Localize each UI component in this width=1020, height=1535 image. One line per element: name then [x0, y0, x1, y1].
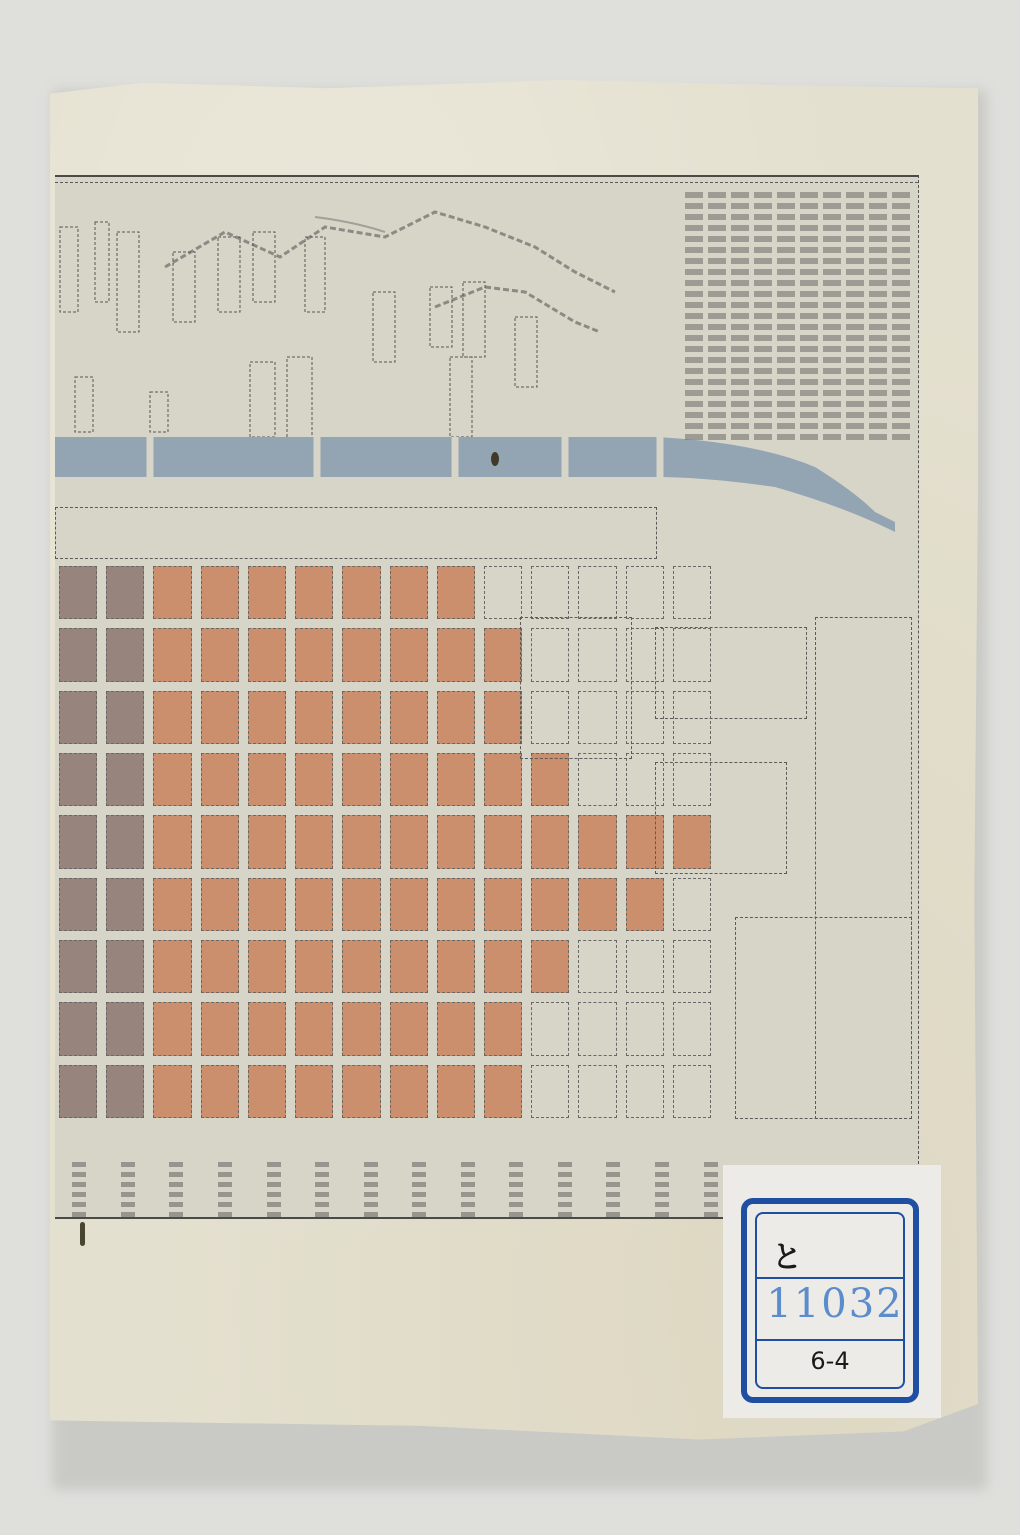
- palace-compound: [520, 617, 632, 759]
- descriptive-text-block: [655, 192, 910, 442]
- map-frame: [55, 175, 919, 1219]
- catalog-label: と 11032 6-4: [723, 1165, 941, 1418]
- estate-block: [655, 627, 807, 719]
- street-name-labels: [55, 1137, 735, 1217]
- label-catalog-number: 11032: [757, 1281, 913, 1327]
- southeast-blocks: [735, 917, 912, 1119]
- label-volume: 6-4: [757, 1347, 903, 1375]
- north-street-row: [55, 507, 657, 559]
- paper-stain: [80, 1222, 85, 1246]
- label-kana: と: [772, 1232, 802, 1276]
- shrine-label-boxes: [60, 222, 537, 437]
- nijo-compound: [655, 762, 787, 874]
- label-frame: と 11032 6-4: [741, 1198, 919, 1403]
